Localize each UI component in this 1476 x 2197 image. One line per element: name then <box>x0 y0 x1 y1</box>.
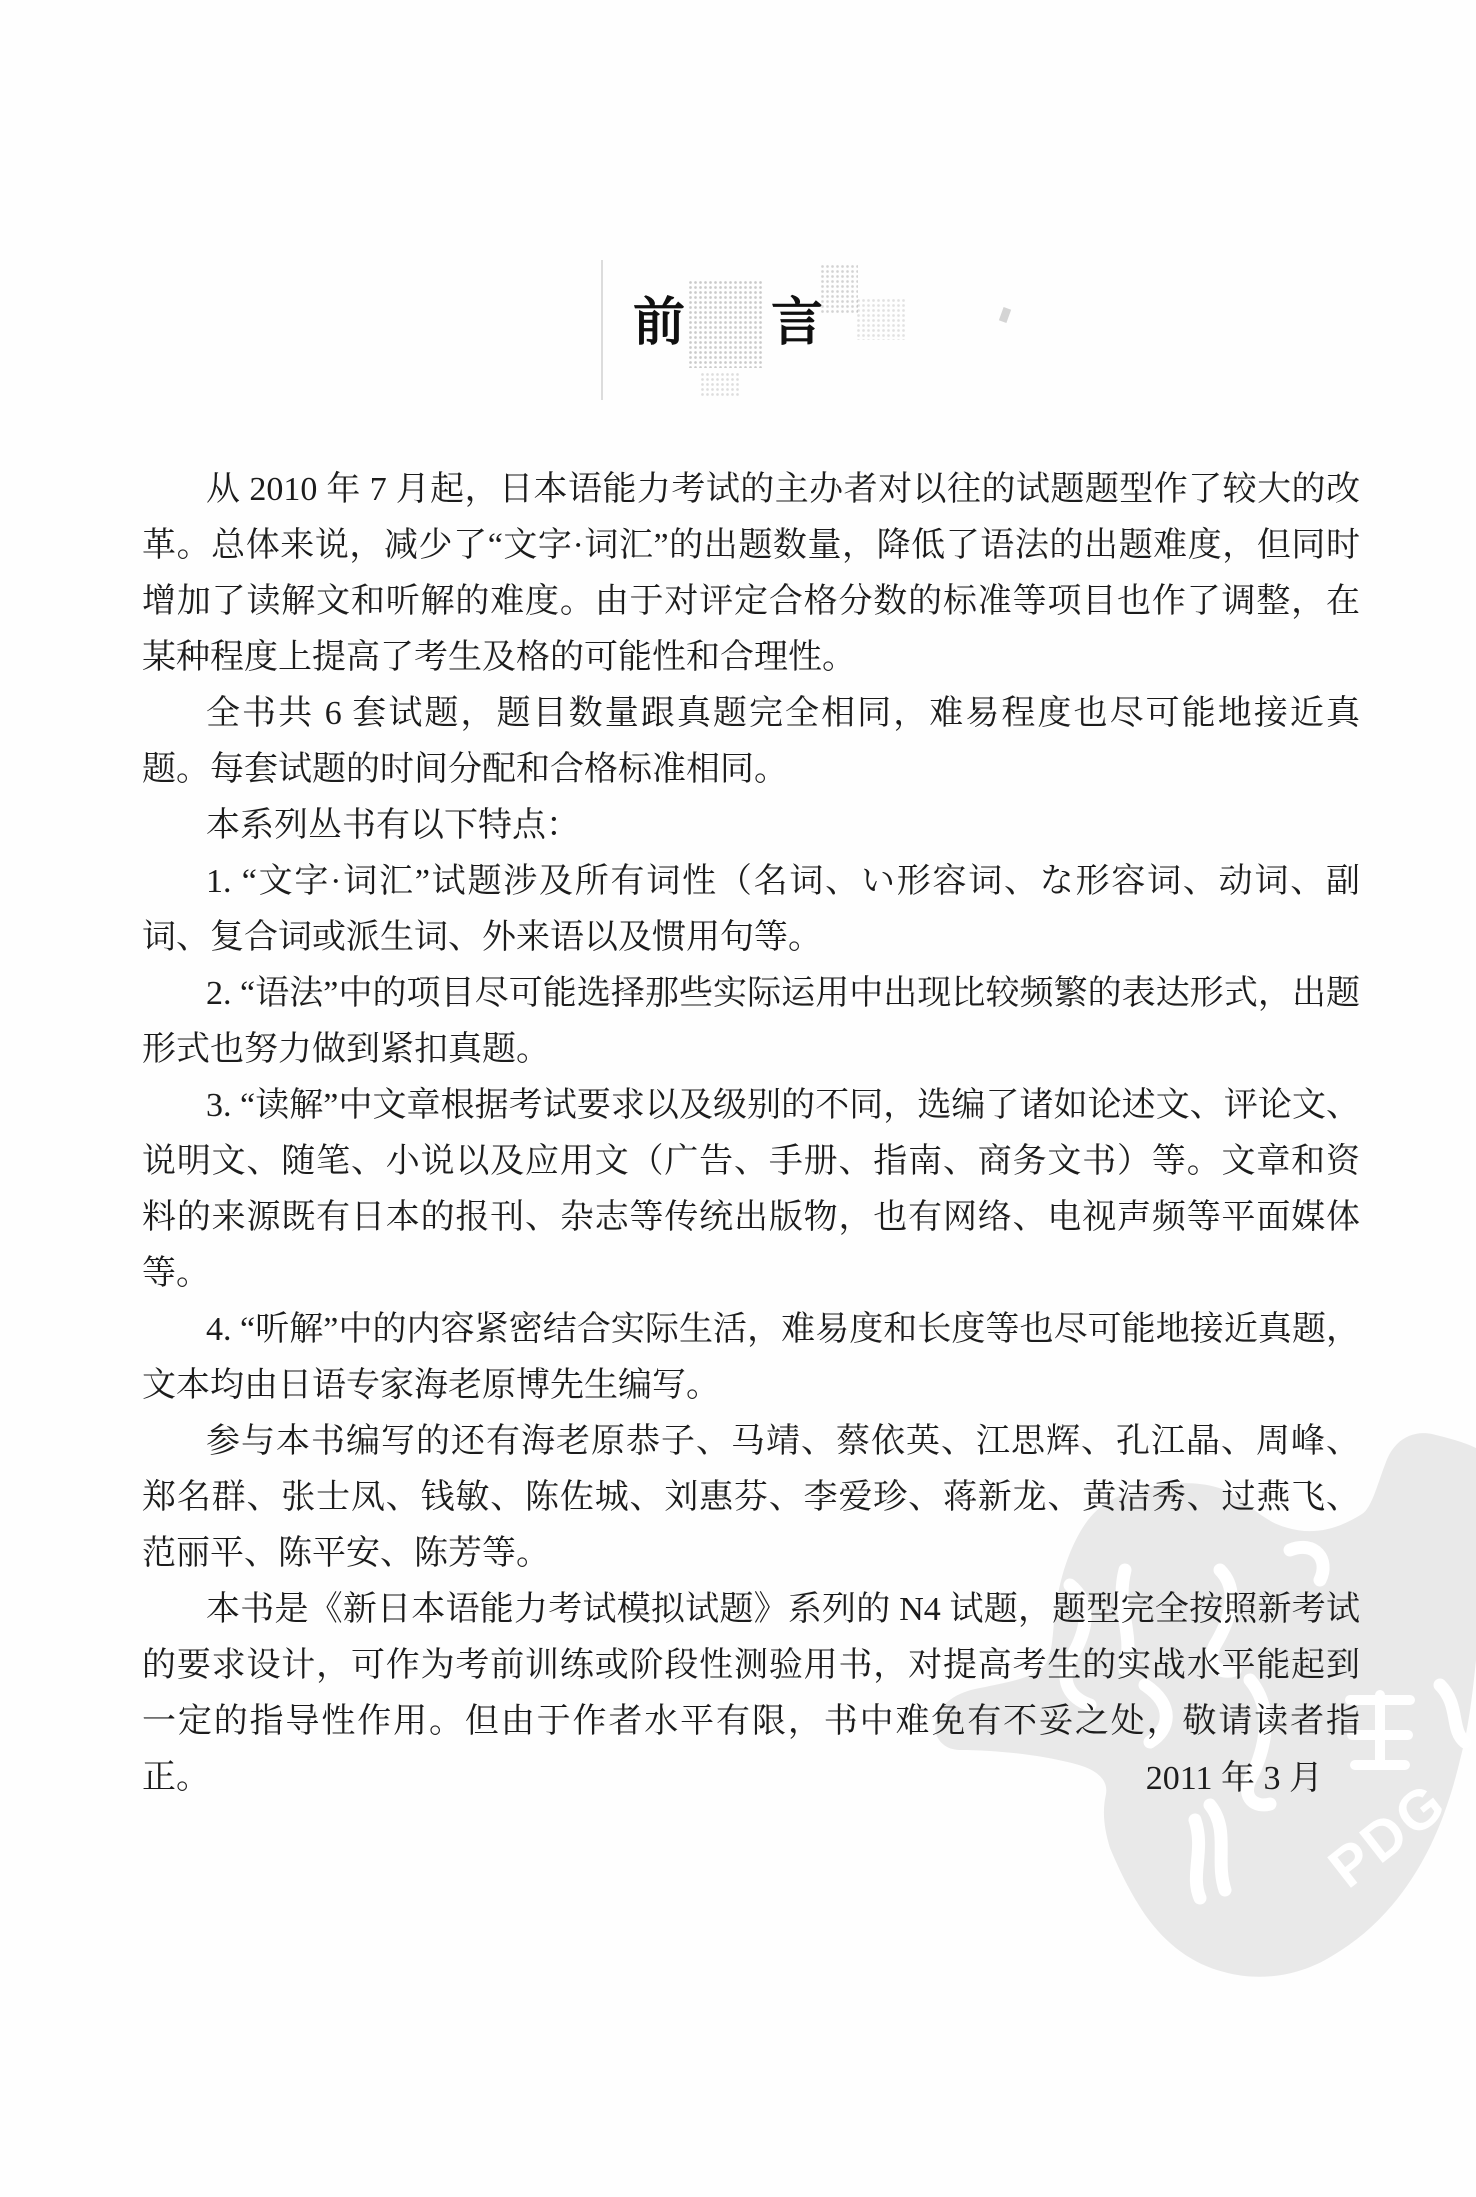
page-title: 前 言 <box>633 294 823 352</box>
preface-body: 从 2010 年 7 月起，日本语能力考试的主办者对以往的试题题型作了较大的改革… <box>142 462 1360 1806</box>
date-line: 2011 年 3 月 <box>142 1751 1360 1807</box>
paragraph: 3. “读解”中文章根据考试要求以及级别的不同，选编了诸如论述文、评论文、说明文… <box>142 1078 1360 1302</box>
paragraph: 从 2010 年 7 月起，日本语能力考试的主办者对以往的试题题型作了较大的改革… <box>142 462 1360 686</box>
scan-artifact-speckle <box>856 298 906 340</box>
title-char-2: 言 <box>771 294 823 352</box>
paragraph: 2. “语法”中的项目尽可能选择那些实际运用中出现比较频繁的表达形式，出题形式也… <box>142 966 1360 1078</box>
scan-artifact-line <box>601 260 603 400</box>
scan-artifact-mark <box>999 307 1011 323</box>
title-char-1: 前 <box>633 294 685 352</box>
paragraph: 参与本书编写的还有海老原恭子、马靖、蔡依英、江思辉、孔江晶、周峰、郑名群、张士凤… <box>142 1414 1360 1582</box>
scan-artifact-speckle <box>700 372 740 398</box>
watermark-calligraphy <box>1195 1820 1200 1898</box>
book-page: PDG 前 言 从 2010 年 7 月起，日本语能力考试的主办者对以往的试题题… <box>0 0 1476 2197</box>
paragraph: 本系列丛书有以下特点： <box>142 798 1360 854</box>
paragraph: 1. “文字·词汇”试题涉及所有词性（名词、い形容词、な形容词、动词、副词、复合… <box>142 854 1360 966</box>
scan-artifact-speckle <box>820 264 858 314</box>
paragraph: 4. “听解”中的内容紧密结合实际生活，难易度和长度等也尽可能地接近真题，文本均… <box>142 1302 1360 1414</box>
paragraph: 全书共 6 套试题，题目数量跟真题完全相同，难易程度也尽可能地接近真题。每套试题… <box>142 686 1360 798</box>
